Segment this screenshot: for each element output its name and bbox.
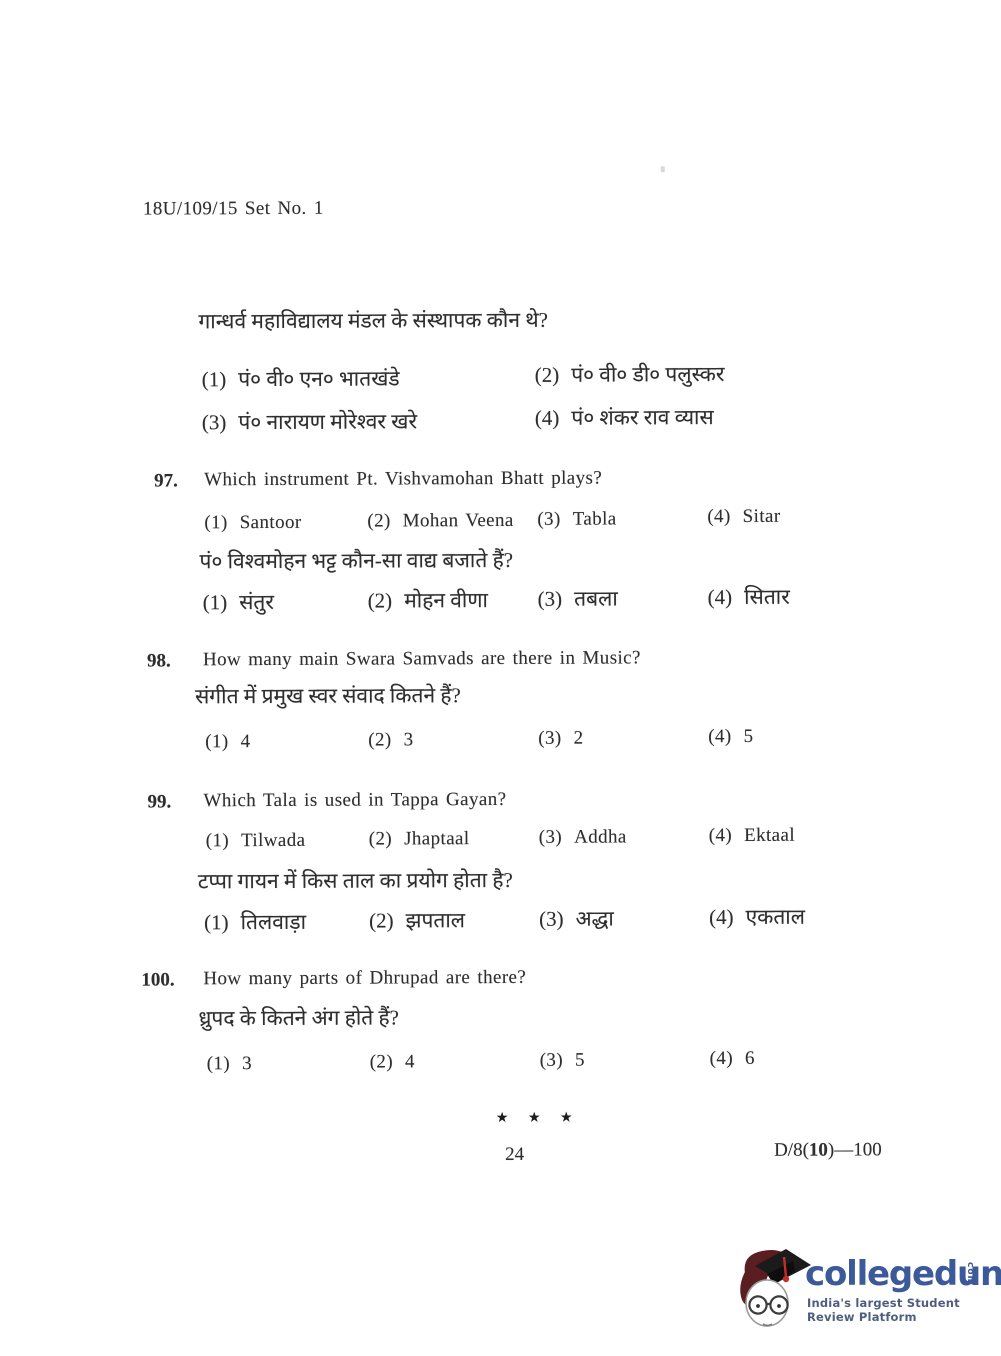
option: (2)3 [368, 729, 413, 751]
option-number: (2) [368, 729, 391, 750]
option: (4)एकताल [709, 903, 805, 931]
question-text-english: Which instrument Pt. Vishvamohan Bhatt p… [204, 468, 602, 492]
option-label: 3 [242, 1053, 252, 1074]
exam-paper-page: 18U/109/15 Set No. 1 गान्धर्व महाविद्याल… [0, 0, 1001, 1356]
option: (1)पं० वी० एन० भातखंडे [202, 364, 400, 393]
question-number: 98. [147, 650, 171, 672]
option: (2)झपताल [369, 906, 465, 934]
option-label: सितार [744, 585, 790, 609]
option-label: झपताल [406, 908, 466, 932]
option-label: पं० शंकर राव व्यास [571, 405, 713, 430]
option-label: पं० वी० डी० पलुस्कर [571, 362, 724, 387]
paper-code: 18U/109/15 Set No. 1 [143, 198, 324, 221]
option-label: 4 [241, 731, 251, 752]
option: (1)Santoor [204, 512, 301, 534]
option-number: (3) [538, 728, 561, 749]
option-number: (1) [202, 367, 227, 391]
option-label: Addha [574, 826, 627, 847]
option-number: (1) [207, 1053, 230, 1074]
question-text-hindi: संगीत में प्रमुख स्वर संवाद कितने हैं? [195, 681, 461, 710]
option: (3)अद्धा [539, 905, 614, 933]
option-label: 6 [745, 1048, 755, 1069]
option-label: संतुर [239, 590, 274, 614]
question-text-hindi: गान्धर्व महाविद्यालय मंडल के संस्थापक कौ… [198, 306, 548, 336]
option: (4)Ektaal [709, 825, 795, 847]
option: (2)4 [370, 1051, 415, 1073]
option-label: एकताल [745, 905, 804, 929]
question-text-english: Which Tala is used in Tappa Gayan? [203, 789, 506, 812]
option: (1)Tilwada [206, 830, 306, 852]
option-number: (1) [203, 590, 228, 614]
option-number: (1) [206, 830, 229, 851]
option-label: Tilwada [241, 830, 305, 851]
option: (3)Addha [539, 826, 627, 848]
scan-artifact [661, 166, 665, 172]
end-of-paper-stars: ★ ★ ★ [496, 1110, 581, 1127]
question-text-hindi: पं० विश्वमोहन भट्ट कौन-सा वाद्य बजाते है… [199, 546, 513, 575]
question-number: 100. [141, 969, 174, 991]
option-number: (2) [370, 1051, 393, 1072]
option-number: (1) [204, 512, 227, 533]
option-number: (3) [539, 827, 562, 848]
option-number: (1) [204, 910, 229, 934]
option-label: 4 [405, 1051, 415, 1072]
collegedunia-logo: collegedunia com India's largest Student… [733, 1240, 995, 1335]
option: (4)सितार [708, 583, 790, 611]
option-number: (3) [539, 907, 564, 931]
option-number: (4) [708, 726, 731, 747]
option-label: Tabla [573, 508, 617, 529]
option-label: 5 [575, 1050, 585, 1071]
option-number: (3) [538, 587, 563, 611]
option: (1)4 [205, 731, 250, 753]
option-number: (2) [367, 510, 390, 531]
option-label: मोहन वीणा [404, 588, 488, 612]
question-number: 99. [147, 791, 171, 813]
option: (2)मोहन वीणा [368, 586, 488, 615]
option: (4)5 [708, 726, 753, 748]
question-text-english: How many main Swara Samvads are there in… [203, 647, 641, 671]
question-number: 97. [154, 470, 178, 492]
option-label: 3 [404, 729, 414, 750]
option-label: पं० वी० एन० भातखंडे [238, 366, 400, 391]
option-label: Ektaal [744, 825, 795, 846]
option-number: (3) [202, 410, 227, 434]
brand-tagline: India's largest Student Review Platform [807, 1296, 995, 1324]
scanned-content: 18U/109/15 Set No. 1 गान्धर्व महाविद्याल… [0, 0, 1001, 1356]
page-number: 24 [505, 1144, 524, 1166]
option: (2)Jhaptaal [369, 828, 470, 850]
option-number: (4) [708, 585, 733, 609]
option: (3)5 [540, 1050, 585, 1072]
option: (1)3 [207, 1053, 252, 1075]
option-number: (1) [205, 731, 228, 752]
question-text-hindi: टप्पा गायन में किस ताल का प्रयोग होता है… [198, 866, 513, 895]
option: (3)तबला [538, 584, 618, 612]
question-text-english: How many parts of Dhrupad are there? [203, 967, 526, 990]
option-label: Sitar [743, 506, 781, 527]
option-label: 2 [574, 728, 584, 749]
option-number: (2) [369, 828, 392, 849]
print-code-suffix: )—100 [828, 1139, 882, 1160]
option-number: (3) [537, 509, 560, 530]
option: (4)Sitar [707, 506, 780, 528]
option-label: तिलवाड़ा [241, 910, 307, 934]
option-label: Santoor [240, 512, 302, 533]
option: (4)6 [710, 1048, 755, 1070]
option-label: Jhaptaal [404, 828, 470, 849]
print-code-prefix: D/8( [774, 1140, 809, 1161]
option: (1)तिलवाड़ा [204, 908, 306, 936]
option-number: (2) [535, 363, 560, 387]
option-number: (2) [368, 588, 393, 612]
option: (2)Mohan Veena [367, 510, 514, 533]
option: (2)पं० वी० डी० पलुस्कर [535, 360, 725, 389]
option: (1)संतुर [203, 588, 274, 616]
option-label: तबला [574, 586, 618, 610]
option-label: पं० नारायण मोरेश्वर खरे [238, 409, 417, 434]
brand-tld: com [965, 1262, 975, 1286]
option-number: (4) [710, 1048, 733, 1069]
option-number: (4) [707, 506, 730, 527]
option: (3)2 [538, 728, 583, 750]
print-code-bold: 10 [809, 1140, 828, 1161]
option-number: (3) [540, 1050, 563, 1071]
option: (4)पं० शंकर राव व्यास [535, 403, 714, 432]
option-number: (4) [709, 905, 734, 929]
option-label: अद्धा [575, 907, 613, 931]
option-number: (4) [709, 825, 732, 846]
option: (3)Tabla [537, 508, 616, 530]
option-number: (4) [535, 406, 560, 430]
option-label: Mohan Veena [403, 510, 514, 531]
print-code: D/8(10)—100 [774, 1139, 882, 1161]
option-label: 5 [744, 726, 754, 747]
option-number: (2) [369, 908, 394, 932]
question-text-hindi: ध्रुपद के कितने अंग होते हैं? [198, 1003, 399, 1032]
option: (3)पं० नारायण मोरेश्वर खरे [202, 407, 417, 436]
collegedunia-mascot-icon [733, 1240, 815, 1335]
